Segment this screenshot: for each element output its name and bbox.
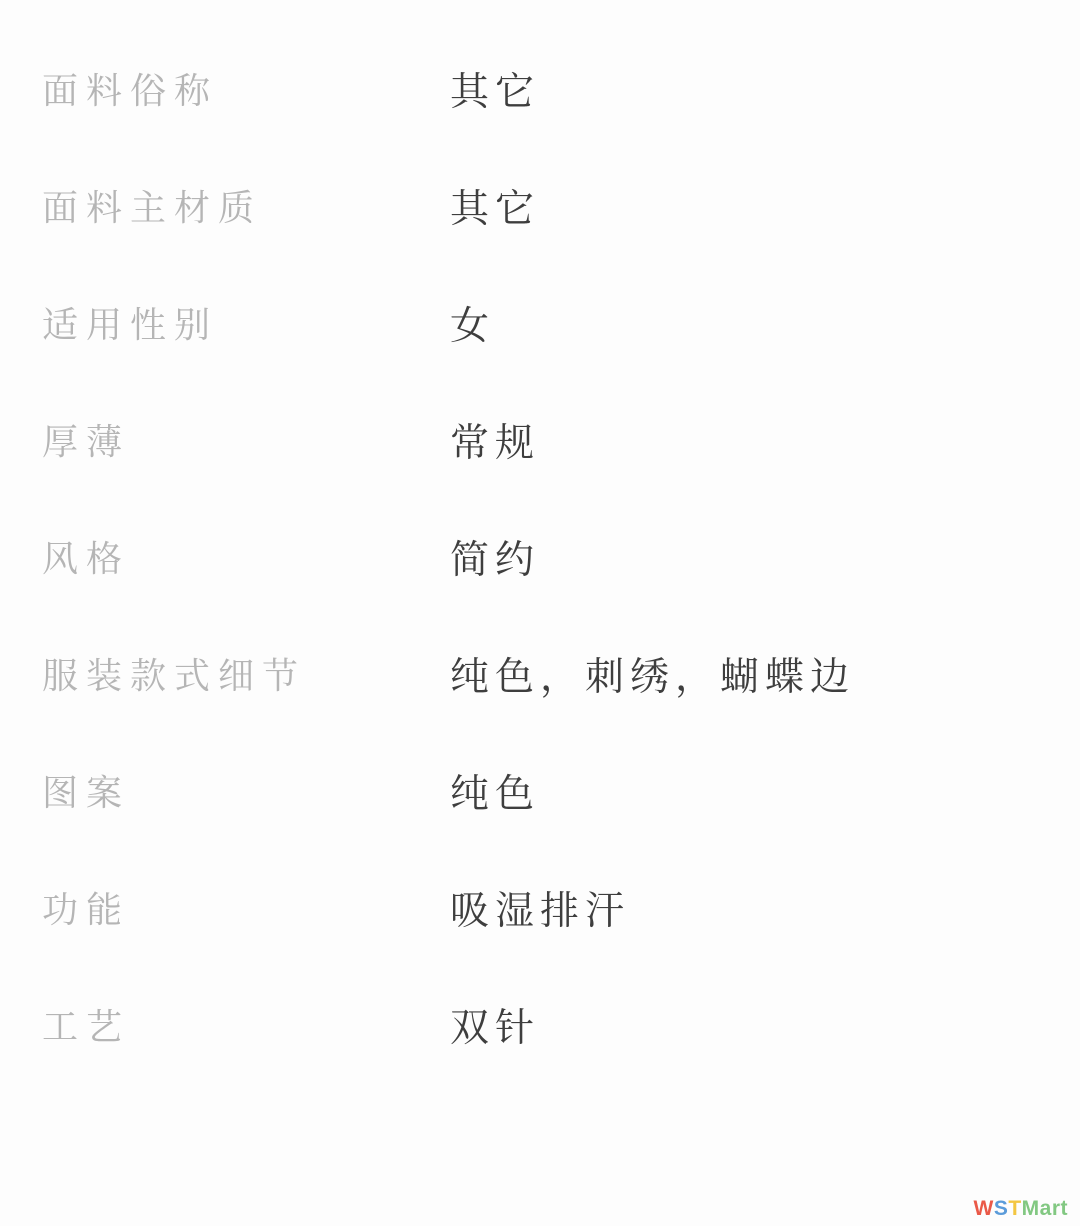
spec-value: 纯色 (450, 763, 1080, 819)
spec-row: 面料主材质其它 (0, 147, 1080, 264)
spec-label: 工艺 (0, 999, 450, 1050)
spec-value: 纯色，刺绣，蝴蝶边 (450, 646, 1080, 702)
spec-row: 服装款式细节纯色，刺绣，蝴蝶边 (0, 615, 1080, 732)
spec-label: 风格 (0, 531, 450, 582)
wstmart-watermark: WSTMart (973, 1197, 1068, 1221)
spec-row: 风格简约 (0, 498, 1080, 615)
spec-label: 厚薄 (0, 414, 450, 465)
product-spec-page: 面料俗称其它面料主材质其它适用性别女厚薄常规风格简约服装款式细节纯色，刺绣，蝴蝶… (0, 0, 1080, 1226)
spec-row: 工艺双针 (0, 966, 1080, 1083)
spec-value: 其它 (450, 178, 1080, 234)
watermark-part: T (1008, 1197, 1021, 1220)
watermark-part: S (994, 1197, 1009, 1220)
spec-label: 功能 (0, 882, 450, 933)
spec-row: 厚薄常规 (0, 381, 1080, 498)
spec-value: 简约 (450, 529, 1080, 585)
spec-row: 功能吸湿排汗 (0, 849, 1080, 966)
spec-label: 面料俗称 (0, 63, 450, 114)
spec-value: 其它 (450, 61, 1080, 117)
spec-value: 吸湿排汗 (450, 880, 1080, 936)
watermark-part: Mart (1022, 1197, 1068, 1220)
spec-value: 女 (450, 295, 1080, 351)
watermark-part: W (973, 1197, 993, 1220)
spec-label: 面料主材质 (0, 180, 450, 231)
spec-label: 图案 (0, 765, 450, 816)
spec-row: 面料俗称其它 (0, 30, 1080, 147)
spec-row: 适用性别女 (0, 264, 1080, 381)
spec-label: 适用性别 (0, 297, 450, 348)
spec-table: 面料俗称其它面料主材质其它适用性别女厚薄常规风格简约服装款式细节纯色，刺绣，蝴蝶… (0, 30, 1080, 1083)
spec-value: 常规 (450, 412, 1080, 468)
spec-row: 图案纯色 (0, 732, 1080, 849)
spec-value: 双针 (450, 997, 1080, 1053)
spec-label: 服装款式细节 (0, 648, 450, 699)
